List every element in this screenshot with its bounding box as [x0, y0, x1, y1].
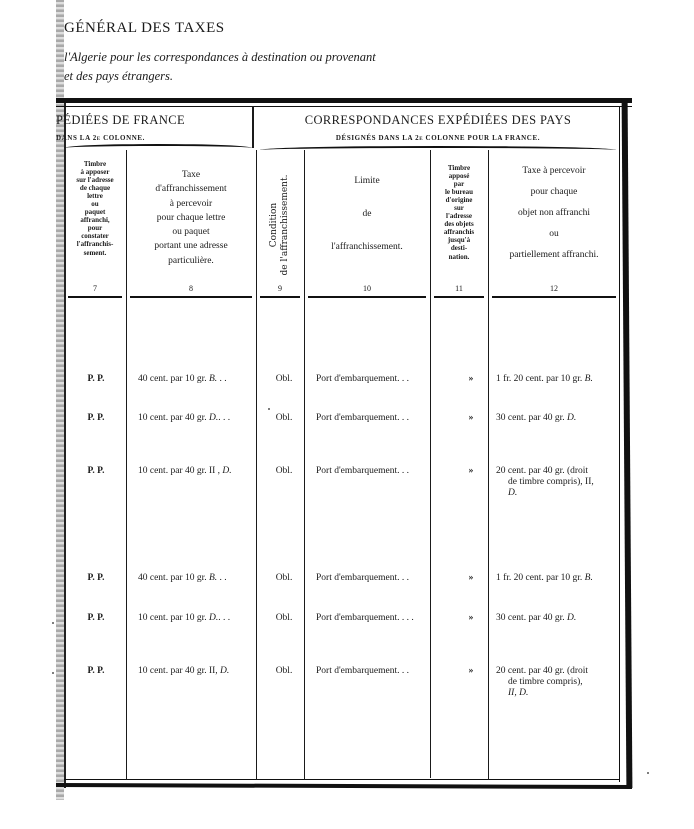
tax-mark: D.: [209, 613, 218, 623]
tax-leader: . . .: [218, 413, 230, 423]
page-subtitle-line1: l'Algerie pour les correspondances à des…: [64, 50, 376, 65]
page-subtitle-line2: et des pays étrangers.: [64, 69, 173, 84]
tax-leader: . . .: [218, 613, 230, 623]
header-line: affranchis: [432, 228, 486, 236]
header-line: d'affranchissement: [128, 182, 254, 196]
scan-speck: [52, 622, 54, 624]
cell-limit: Port d'embarquement. . .: [316, 374, 409, 384]
due-text-cont: de timbre compris),: [496, 677, 620, 688]
scan-speck: [647, 772, 649, 774]
tax-mark: D.: [222, 466, 231, 476]
cell-due: 30 cent. par 40 gr. D.: [496, 613, 620, 624]
header-line: apposé: [432, 172, 486, 180]
header-line: partiellement affranchi.: [490, 250, 618, 261]
cell-origin-stamp: »: [458, 666, 484, 676]
scan-speck: [52, 672, 54, 674]
cell-stamp: P. P.: [66, 413, 126, 423]
header-line: sur: [432, 204, 486, 212]
cell-origin-stamp: »: [458, 413, 484, 423]
due-text: 30 cent. par 40 gr.: [496, 613, 565, 623]
cell-due: 30 cent. par 40 gr. D.: [496, 413, 620, 424]
tax-mark: D.: [220, 666, 229, 676]
header-line: portant une adresse: [128, 239, 254, 253]
cell-stamp: P. P.: [66, 573, 126, 583]
header-line: par: [432, 180, 486, 188]
due-mark: D.: [567, 413, 576, 423]
due-text-cont: de timbre compris), II,: [496, 477, 620, 488]
cell-limit: Port d'embarquement. . .: [316, 573, 409, 583]
tax-mark: B.: [209, 573, 217, 583]
header-rule-8: [130, 296, 252, 298]
column-number-10: 10: [306, 284, 428, 293]
tax-text: 10 cent. par 10 gr.: [138, 613, 207, 623]
column-header-7: Timbre à apposer sur l'adresse de chaque…: [66, 160, 124, 257]
due-text: 20 cent. par 40 gr. (droit: [496, 666, 588, 676]
column-header-9: Condition de l'affranchissement.: [259, 170, 301, 280]
tax-leader: . .: [217, 374, 227, 384]
group-header-left: PÉDIÉES DE FRANCE DANS LA 2e COLONNE.: [56, 113, 252, 142]
header-line: des objets: [432, 220, 486, 228]
header-line: pour chaque: [490, 187, 618, 198]
header-line: ou: [490, 229, 618, 240]
column-header-10: Limite de l'affranchissement.: [306, 176, 428, 253]
tax-text: 10 cent. par 40 gr. II,: [138, 666, 218, 676]
header-line: Timbre: [432, 164, 486, 172]
header-line: particulière.: [128, 254, 254, 268]
cell-condition: Obl.: [266, 466, 302, 476]
cell-limit: Port d'embarquement. . .: [316, 413, 409, 423]
due-mark: B.: [585, 374, 593, 384]
header-line: d'origine: [432, 196, 486, 204]
column-number-9: 9: [258, 284, 302, 293]
cell-due: 20 cent. par 40 gr. (droit de timbre com…: [496, 666, 620, 699]
due-mark: D.: [496, 488, 620, 499]
tax-text: 40 cent. par 10 gr.: [138, 374, 207, 384]
column-header-11: Timbre apposé par le bureau d'origine su…: [432, 164, 486, 261]
column-number-7: 7: [66, 284, 124, 293]
due-text: 1 fr. 20 cent. par 10 gr.: [496, 374, 582, 384]
header-line: ou paquet: [128, 225, 254, 239]
header-line: pour chaque lettre: [128, 211, 254, 225]
cell-condition: Obl.: [266, 573, 302, 583]
column-divider-8-9: [256, 150, 257, 780]
header-line: paquet: [66, 208, 124, 216]
cell-stamp: P. P.: [66, 613, 126, 623]
due-text: 1 fr. 20 cent. par 10 gr.: [496, 573, 582, 583]
due-mark: II, D.: [496, 688, 620, 699]
column-number-11: 11: [432, 284, 486, 293]
cell-stamp: P. P.: [66, 374, 126, 384]
due-text: 20 cent. par 40 gr. (droit: [496, 466, 588, 476]
header-rule-10: [308, 296, 426, 298]
header-line: objet non affranchi: [490, 208, 618, 219]
group-header-right: CORRESPONDANCES EXPÉDIÉES DES PAYS DÉSIG…: [256, 113, 620, 142]
cell-stamp: P. P.: [66, 666, 126, 676]
tax-mark: D.: [209, 413, 218, 423]
cell-tax: 10 cent. par 40 gr. II, D.: [138, 666, 229, 676]
header-line: affranchi,: [66, 216, 124, 224]
header-line: de: [306, 209, 428, 220]
cell-tax: 40 cent. par 10 gr. B. . .: [138, 573, 227, 583]
group-left-subtitle: DANS LA 2e COLONNE.: [56, 134, 252, 142]
table-border-bottom-inner: [64, 779, 620, 780]
header-line: jusqu'à: [432, 236, 486, 244]
due-text: 30 cent. par 40 gr.: [496, 413, 565, 423]
header-line: Limite: [306, 176, 428, 187]
due-mark: B.: [585, 573, 593, 583]
cell-tax: 40 cent. par 10 gr. B. . .: [138, 374, 227, 384]
cell-stamp: P. P.: [66, 466, 126, 476]
table-border-bottom: [56, 783, 632, 789]
cell-tax: 10 cent. par 40 gr. D.. . .: [138, 413, 230, 423]
tax-leader: . .: [217, 573, 227, 583]
cell-due: 1 fr. 20 cent. par 10 gr. B.: [496, 374, 620, 385]
header-line: le bureau: [432, 188, 486, 196]
header-line: Taxe à percevoir: [490, 166, 618, 177]
cell-limit: Port d'embarquement. . .: [316, 466, 409, 476]
cell-origin-stamp: »: [458, 573, 484, 583]
column-number-12: 12: [490, 284, 618, 293]
group-right-title: CORRESPONDANCES EXPÉDIÉES DES PAYS: [256, 113, 620, 128]
header-line: Taxe: [128, 168, 254, 182]
tax-mark: B.: [209, 374, 217, 384]
group-right-subtitle: DÉSIGNÉS DANS LA 2e COLONNE POUR LA FRAN…: [256, 134, 620, 142]
cell-condition: Obl.: [266, 413, 302, 423]
header-line: l'affranchis-: [66, 240, 124, 248]
brace-left: [64, 144, 252, 152]
cell-origin-stamp: »: [458, 374, 484, 384]
tax-text: 40 cent. par 10 gr.: [138, 573, 207, 583]
header-line: constater: [66, 232, 124, 240]
tax-text: 10 cent. par 40 gr.: [138, 413, 207, 423]
cell-origin-stamp: »: [458, 466, 484, 476]
group-divider: [252, 106, 254, 148]
group-left-title: PÉDIÉES DE FRANCE: [56, 113, 252, 128]
cell-origin-stamp: »: [458, 613, 484, 623]
column-header-12: Taxe à percevoir pour chaque objet non a…: [490, 166, 618, 261]
header-line: de chaque: [66, 184, 124, 192]
scan-speck: [268, 408, 270, 410]
header-line: lettre: [66, 192, 124, 200]
header-line: ou: [66, 200, 124, 208]
header-line: sur l'adresse: [66, 176, 124, 184]
cell-tax: 10 cent. par 40 gr. II , D.: [138, 466, 232, 476]
header-line: l'affranchissement.: [306, 242, 428, 253]
header-line: pour: [66, 224, 124, 232]
cell-tax: 10 cent. par 10 gr. D.. . .: [138, 613, 230, 623]
tax-text: 10 cent. par 40 gr. II ,: [138, 466, 220, 476]
header-line: nation.: [432, 253, 486, 261]
header-line: l'adresse: [432, 212, 486, 220]
cell-due: 1 fr. 20 cent. par 10 gr. B.: [496, 573, 620, 584]
column-header-8: Taxe d'affranchissement à percevoir pour…: [128, 168, 254, 268]
header-rule-9: [260, 296, 300, 298]
cell-limit: Port d'embarquement. . . .: [316, 613, 414, 623]
header-rule-7: [68, 296, 122, 298]
header-rotated: Condition de l'affranchissement.: [269, 175, 292, 276]
cell-condition: Obl.: [266, 666, 302, 676]
header-rule-11: [434, 296, 484, 298]
header-line: Condition: [269, 175, 280, 276]
table-border-right: [622, 98, 633, 788]
cell-due: 20 cent. par 40 gr. (droit de timbre com…: [496, 466, 620, 499]
column-number-8: 8: [128, 284, 254, 293]
header-line: à percevoir: [128, 197, 254, 211]
table-border-top: [56, 98, 632, 103]
header-line: à apposer: [66, 168, 124, 176]
page-title: GÉNÉRAL DES TAXES: [64, 20, 225, 37]
header-rule-12: [492, 296, 616, 298]
cell-limit: Port d'embarquement. . .: [316, 666, 409, 676]
cell-condition: Obl.: [266, 374, 302, 384]
header-line: de l'affranchissement.: [280, 175, 291, 276]
header-line: desti-: [432, 244, 486, 252]
header-line: sement.: [66, 249, 124, 257]
header-line: Timbre: [66, 160, 124, 168]
due-mark: D.: [567, 613, 576, 623]
table-border-top-inner: [56, 106, 632, 107]
brace-right: [260, 146, 616, 154]
cell-condition: Obl.: [266, 613, 302, 623]
